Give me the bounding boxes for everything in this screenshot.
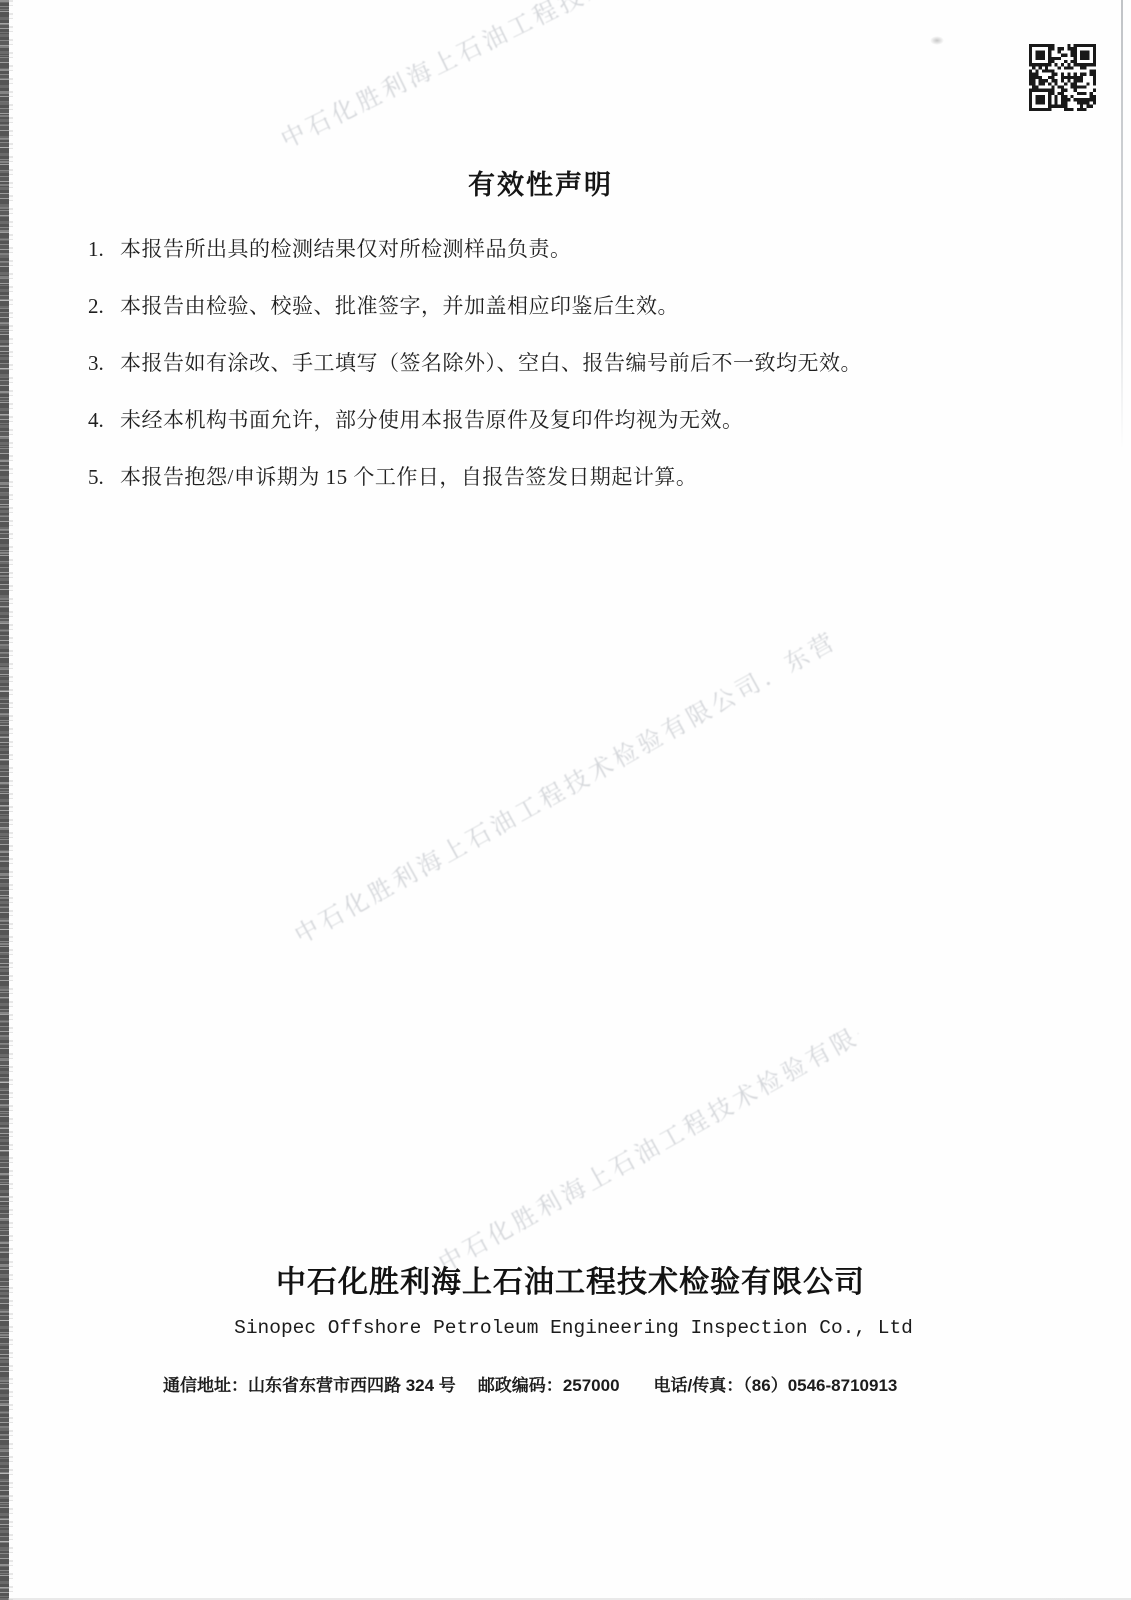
postcode-value: 257000 [563, 1376, 620, 1395]
list-item-number: 3. [88, 351, 120, 375]
qr-code-icon [1029, 44, 1096, 111]
list-item-text: 本报告由检验、校验、批准签字，并加盖相应印鉴后生效。 [120, 294, 679, 318]
scan-edge-left-soft-artifact [9, 0, 13, 1600]
address-label: 通信地址： [163, 1376, 248, 1395]
list-item: 3. 本报告如有涂改、手工填写（签名除外）、空白、报告编号前后不一致均无效。 [88, 351, 1068, 375]
list-item-text: 本报告抱怨/申诉期为 15 个工作日，自报告签发日期起计算。 [120, 465, 697, 489]
list-item: 2. 本报告由检验、校验、批准签字，并加盖相应印鉴后生效。 [88, 294, 1068, 318]
watermark-band-top: 中石化胜利海上石油工程技术检验有限公司．东营 [275, 0, 844, 158]
phone-value: （86）0546-8710913 [743, 1376, 897, 1395]
statement-list: 1. 本报告所出具的检测结果仅对所检测样品负责。 2. 本报告由检验、校验、批准… [88, 237, 1068, 522]
scan-line-right-artifact [1121, 0, 1123, 450]
list-item: 5. 本报告抱怨/申诉期为 15 个工作日，自报告签发日期起计算。 [88, 465, 1068, 489]
list-item: 1. 本报告所出具的检测结果仅对所检测样品负责。 [88, 237, 1068, 261]
scanned-report-page: 中石化胜利海上石油工程技术检验有限公司．东营 中石化胜利海上石油工程技术检验有限… [0, 0, 1131, 1600]
scan-smudge-artifact [930, 36, 944, 45]
contact-info-line: 通信地址：山东省东营市西四路 324 号邮政编码：257000电话/传真：（86… [163, 1371, 897, 1396]
phone-label: 电话/传真： [654, 1376, 744, 1395]
page-title: 有效性声明 [0, 163, 1106, 202]
company-name-en: Sinopec Offshore Petroleum Engineering I… [8, 1317, 1131, 1339]
list-item-text: 本报告如有涂改、手工填写（签名除外）、空白、报告编号前后不一致均无效。 [120, 351, 862, 375]
list-item-number: 5. [88, 465, 120, 489]
address-value: 山东省东营市西四路 324 号 [248, 1376, 456, 1395]
company-name-cn: 中石化胜利海上石油工程技术检验有限公司 [5, 1257, 1131, 1301]
contact-phone: 电话/传真：（86）0546-8710913 [654, 1376, 898, 1395]
list-item: 4. 未经本机构书面允许，部分使用本报告原件及复印件均视为无效。 [88, 408, 1068, 432]
list-item-number: 4. [88, 408, 120, 432]
scan-edge-left-artifact [0, 0, 9, 1600]
contact-address: 通信地址：山东省东营市西四路 324 号 [163, 1376, 456, 1395]
list-item-text: 本报告所出具的检测结果仅对所检测样品负责。 [120, 237, 572, 261]
contact-postcode: 邮政编码：257000 [478, 1376, 620, 1395]
list-item-number: 2. [88, 294, 120, 318]
watermark-band-middle: 中石化胜利海上石油工程技术检验有限公司．东营 [288, 624, 844, 954]
watermark-band-bottom: 中石化胜利海上石油工程技术检验有限公司．东营 [432, 1019, 868, 1282]
list-item-number: 1. [88, 237, 120, 261]
postcode-label: 邮政编码： [478, 1376, 563, 1395]
list-item-text: 未经本机构书面允许，部分使用本报告原件及复印件均视为无效。 [120, 408, 744, 432]
